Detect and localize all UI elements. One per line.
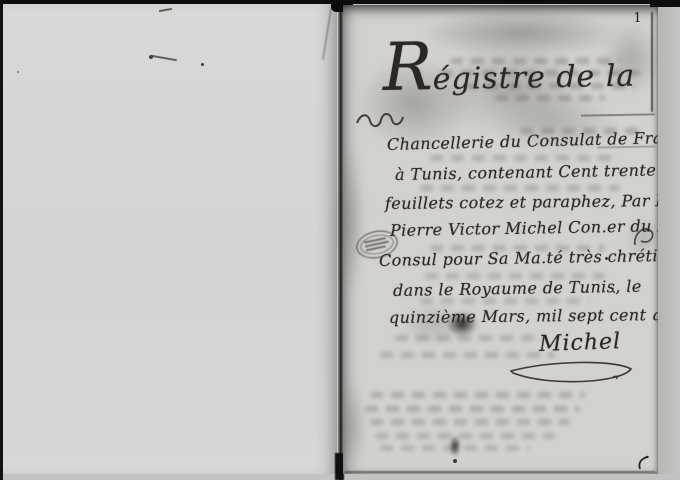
paper-scratch (159, 8, 172, 12)
manuscript-line: Consul pour Sa Ma.té très chrétienne (379, 245, 680, 270)
paper-scratch (151, 55, 177, 61)
manuscript-page: 1 Régistre de la Chancellerie du Consula… (343, 5, 658, 474)
paper-speck (17, 71, 19, 73)
ink-dot (453, 459, 457, 463)
manuscript-line: à Tunis, contenant Cent trente neuf (395, 160, 680, 184)
bleedthrough-line (495, 95, 605, 101)
manuscript-line: feuillets cotez et paraphez, Par Nous (385, 191, 680, 213)
title-text: égistre de la (432, 59, 635, 98)
bleedthrough-line (420, 185, 620, 191)
paper-smudge (337, 145, 365, 295)
register-title: Régistre de la (383, 59, 636, 98)
bleedthrough-line (365, 406, 580, 412)
paper-speck (149, 55, 153, 59)
scanner-background (658, 4, 680, 474)
paper-smudge (337, 380, 367, 475)
ornate-initial: R (382, 28, 433, 106)
ink-hook-mark-icon (635, 454, 651, 472)
signature-flourish (509, 357, 635, 393)
paper-speck (201, 63, 204, 66)
left-blank-page (3, 4, 337, 474)
page-edge-line (345, 471, 655, 473)
page-edge-line (651, 12, 653, 112)
initial-flourish (355, 105, 405, 129)
page-number: 1 (633, 11, 642, 26)
consul-signature: Michel (539, 329, 622, 357)
heading-rule (581, 113, 655, 116)
ink-dot (605, 257, 608, 260)
manuscript-line: dans le Royaume de Tunis, le (393, 277, 642, 300)
ink-blot (449, 435, 461, 457)
manuscript-scan: 1 Régistre de la Chancellerie du Consula… (0, 0, 680, 480)
ink-dot (613, 291, 615, 293)
bleedthrough-line (430, 155, 620, 161)
scanner-edge (0, 0, 680, 4)
bleedthrough-line (375, 433, 555, 439)
scanner-edge (0, 0, 3, 480)
manuscript-line: quinzième Mars, mil sept cent quinze. (389, 305, 680, 327)
ink-blot (446, 311, 478, 337)
bleedthrough-line (370, 419, 570, 425)
